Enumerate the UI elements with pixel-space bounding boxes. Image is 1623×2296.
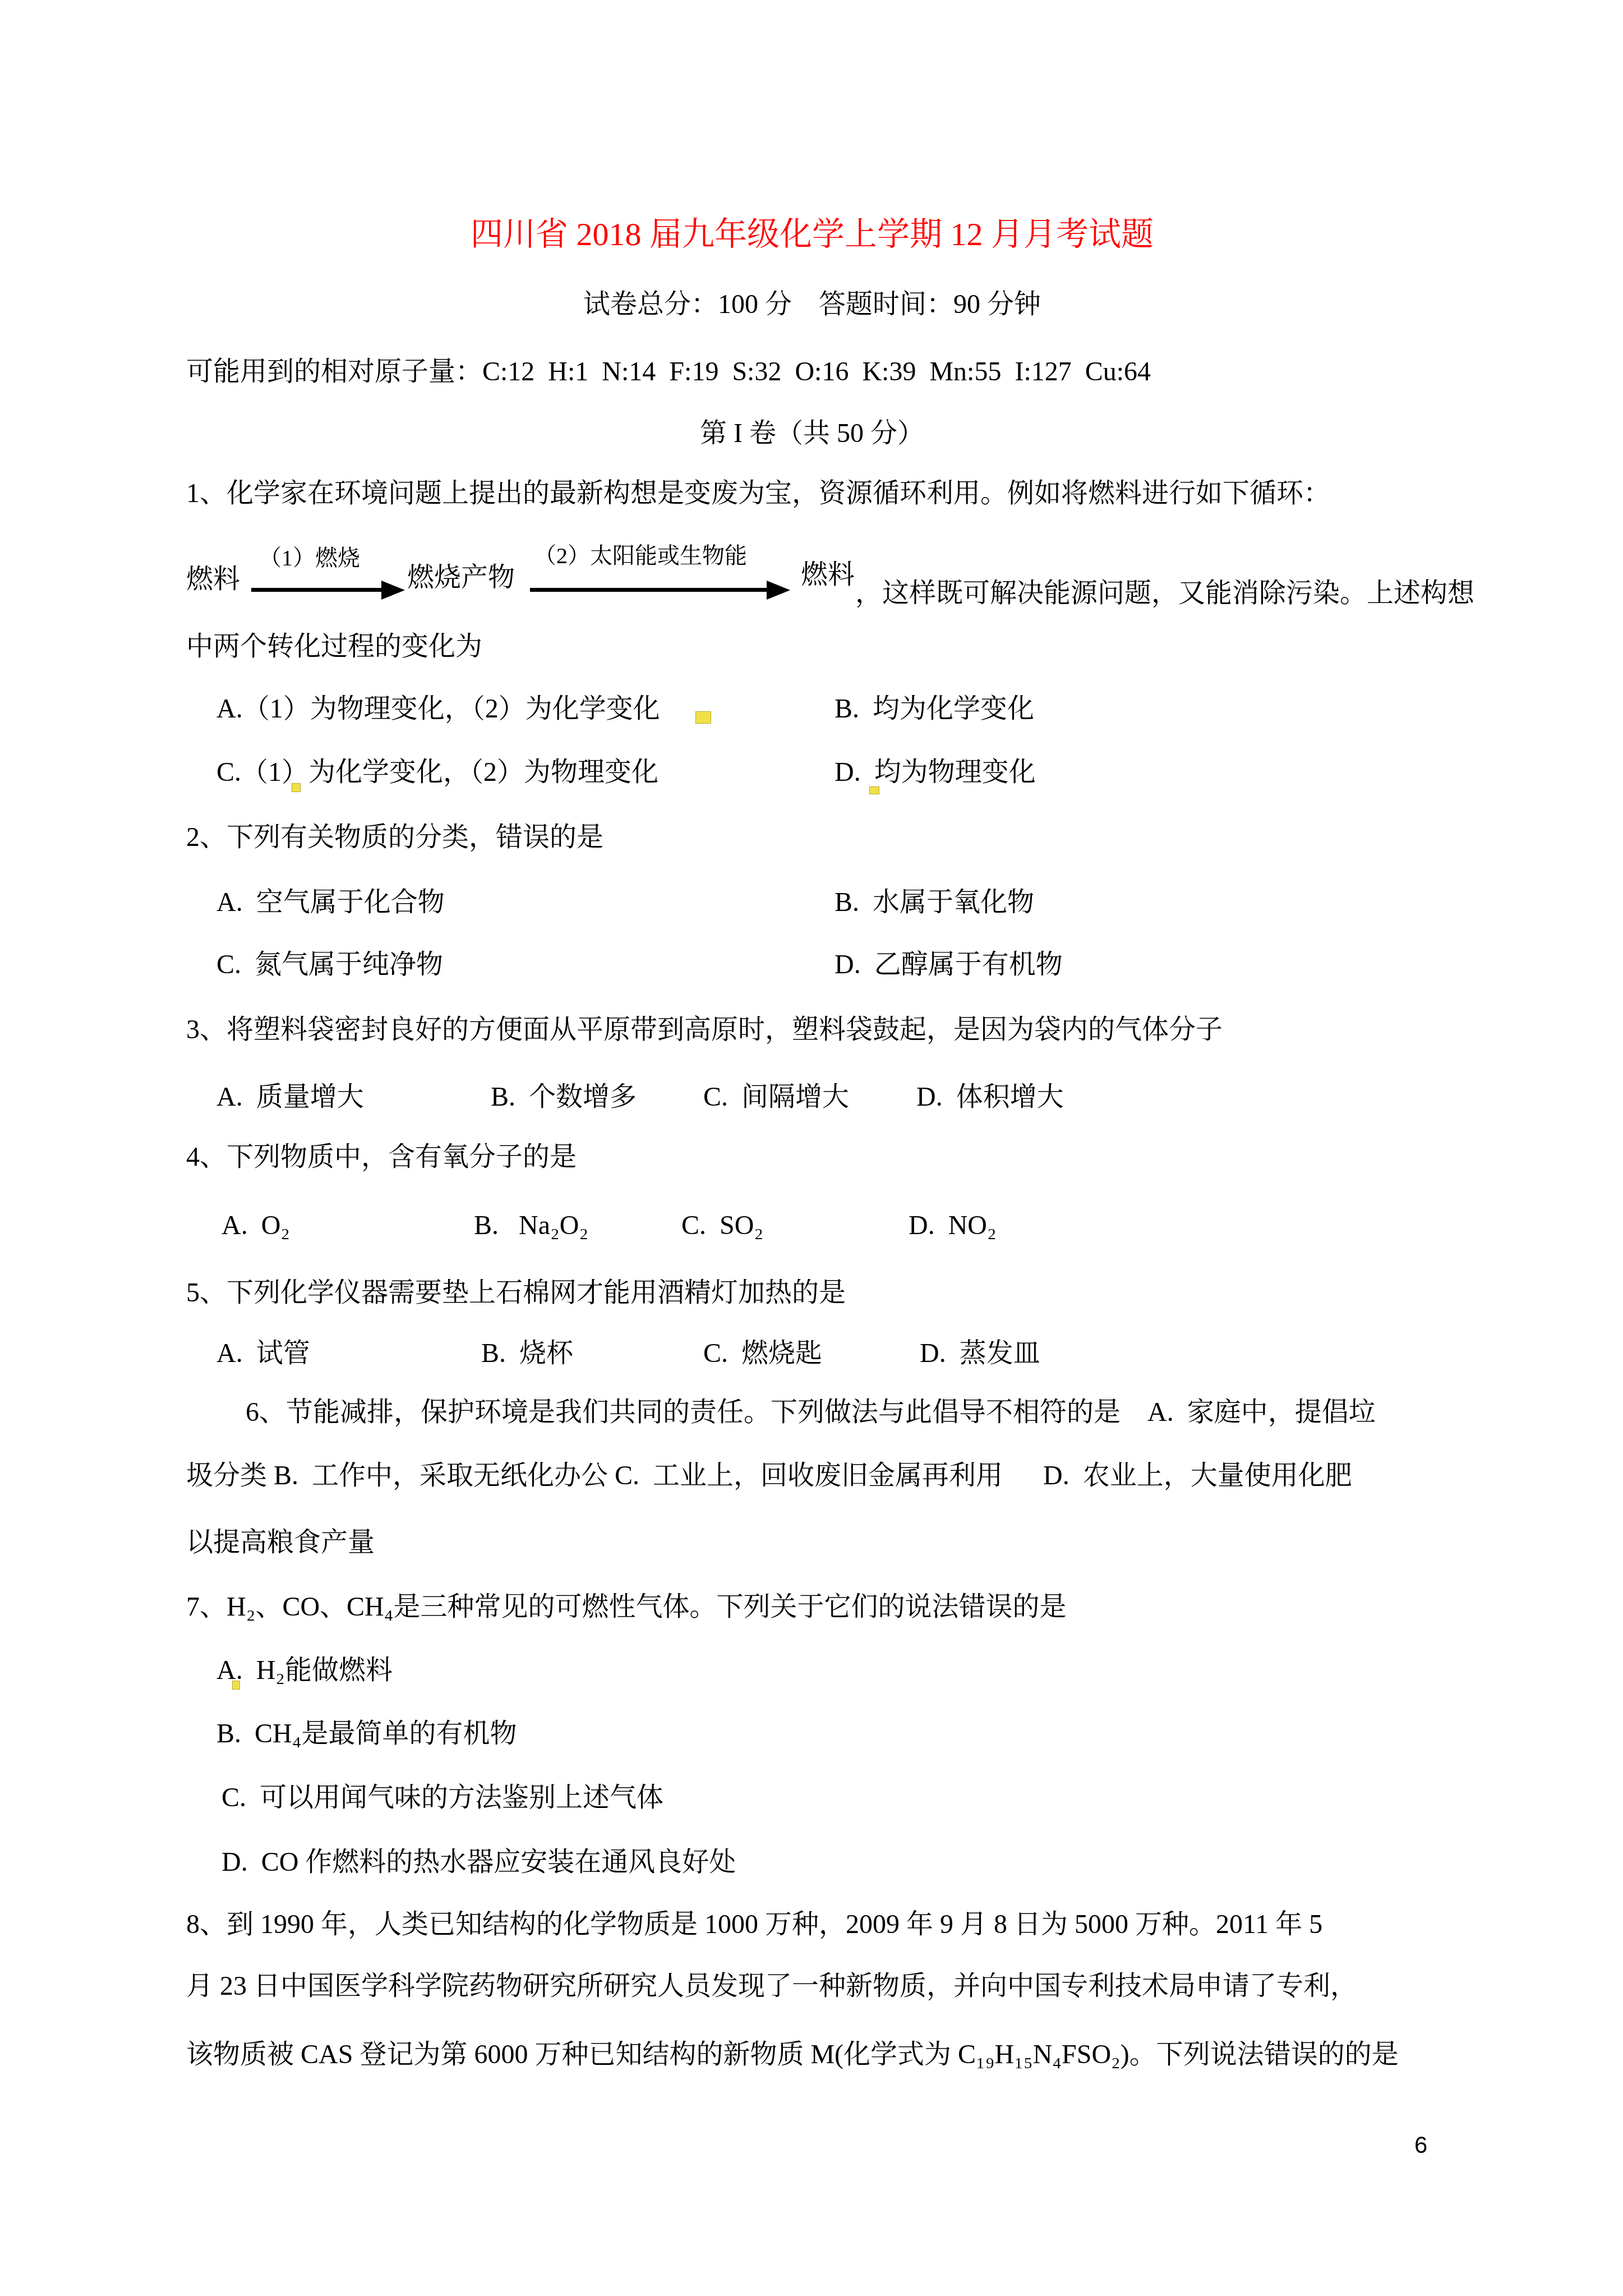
q2-option-c: C. 氮气属于纯净物 xyxy=(216,949,443,980)
exam-meta-line: 试卷总分：100 分 答题时间：90 分钟 xyxy=(185,289,1439,320)
q1-stem: 1、化学家在环境问题上提出的最新构想是变废为宝，资源循环利用。例如将燃料进行如下… xyxy=(186,478,1330,509)
diagram-arrow-2 xyxy=(530,588,767,592)
diagram-node-fuel-2: 燃料 xyxy=(801,559,855,590)
q7-stem: 7、H₂、CO、CH₄是三种常见的可燃性气体。下列关于它们的说法错误的是 xyxy=(186,1591,1067,1622)
diagram-arrow-1-label: （1）燃烧 xyxy=(259,545,360,571)
q6-line-3: 以提高粮食产量 xyxy=(186,1527,375,1558)
exam-page: 四川省 2018 届九年级化学上学期 12 月月考试题 试卷总分：100 分 答… xyxy=(0,0,1623,2296)
q4-stem: 4、下列物质中，含有氧分子的是 xyxy=(186,1142,577,1172)
q7-option-c: C. 可以用闻气味的方法鉴别上述气体 xyxy=(222,1782,663,1813)
q1-option-b: B. 均为化学变化 xyxy=(834,693,1034,724)
q1-option-a: A.（1）为物理变化，（2）为化学变化 xyxy=(216,693,660,724)
q6-line-2: 圾分类 B. 工作中，采取无纸化办公 C. 工业上，回收废旧金属再利用 D. 农… xyxy=(186,1460,1352,1491)
diagram-arrow-1 xyxy=(251,588,381,592)
q5-stem: 5、下列化学仪器需要垫上石棉网才能用酒精灯加热的是 xyxy=(186,1277,846,1308)
q5-option-c: C. 燃烧匙 xyxy=(703,1338,822,1369)
q1-option-c: C.（1）为化学变化，（2）为物理变化 xyxy=(216,757,658,788)
q2-stem: 2、下列有关物质的分类，错误的是 xyxy=(186,822,603,853)
annotation-mark-3 xyxy=(869,786,879,794)
q5-option-a: A. 试管 xyxy=(216,1338,310,1369)
annotation-mark-2 xyxy=(292,783,301,792)
page-title: 四川省 2018 届九年级化学上学期 12 月月考试题 xyxy=(185,216,1439,254)
atomic-masses-line: 可能用到的相对原子量：C:12 H:1 N:14 F:19 S:32 O:16 … xyxy=(186,356,1151,387)
q2-option-a: A. 空气属于化合物 xyxy=(216,887,445,918)
diagram-arrow-2-label: （2）太阳能或生物能 xyxy=(534,543,747,569)
q4-option-c: C. SO₂ xyxy=(681,1210,763,1241)
diagram-after-text: ，这样既可解决能源问题，又能消除污染。上述构想 xyxy=(855,578,1474,609)
q1-option-d: D. 均为物理变化 xyxy=(834,757,1036,788)
section-heading: 第 I 卷（共 50 分） xyxy=(185,418,1439,449)
diagram-node-combustion-products: 燃烧产物 xyxy=(407,562,515,593)
q3-option-b: B. 个数增多 xyxy=(491,1082,637,1112)
q6-line-1: 6、节能减排，保护环境是我们共同的责任。下列做法与此倡导不相符的是 A. 家庭中… xyxy=(246,1397,1376,1428)
diagram-arrow-2-head xyxy=(767,581,790,600)
diagram-node-fuel-1: 燃料 xyxy=(186,564,240,595)
q4-option-a: A. O₂ xyxy=(222,1210,290,1241)
q3-stem: 3、将塑料袋密封良好的方便面从平原带到高原时，塑料袋鼓起，是因为袋内的气体分子 xyxy=(186,1014,1223,1045)
annotation-mark-1 xyxy=(695,711,711,724)
q3-option-c: C. 间隔增大 xyxy=(703,1082,849,1112)
q2-option-b: B. 水属于氧化物 xyxy=(834,887,1034,918)
diagram-arrow-1-head xyxy=(381,581,405,600)
q7-option-d: D. CO 作燃料的热水器应安装在通风良好处 xyxy=(222,1847,736,1878)
q8-line-3: 该物质被 CAS 登记为第 6000 万种已知结构的新物质 M(化学式为 C₁₉… xyxy=(186,2039,1399,2070)
q4-option-d: D. NO₂ xyxy=(909,1210,997,1241)
q7-option-b: B. CH₄是最简单的有机物 xyxy=(216,1718,517,1749)
page-number: 6 xyxy=(1414,2132,1427,2159)
q5-option-b: B. 烧杯 xyxy=(481,1338,573,1369)
q8-line-1: 8、到 1990 年，人类已知结构的化学物质是 1000 万种，2009 年 9… xyxy=(186,1909,1322,1940)
q4-option-b: B. Na₂O₂ xyxy=(474,1210,588,1241)
q2-option-d: D. 乙醇属于有机物 xyxy=(834,949,1063,980)
q3-option-d: D. 体积增大 xyxy=(916,1082,1064,1112)
q5-option-d: D. 蒸发皿 xyxy=(920,1338,1040,1369)
q7-option-a: A. H₂能做燃料 xyxy=(216,1655,393,1686)
q1-stem-continued: 中两个转化过程的变化为 xyxy=(186,631,482,662)
q3-option-a: A. 质量增大 xyxy=(216,1082,364,1112)
q8-line-2: 月 23 日中国医学科学院药物研究所研究人员发现了一种新物质，并向中国专利技术局… xyxy=(186,1971,1357,2001)
